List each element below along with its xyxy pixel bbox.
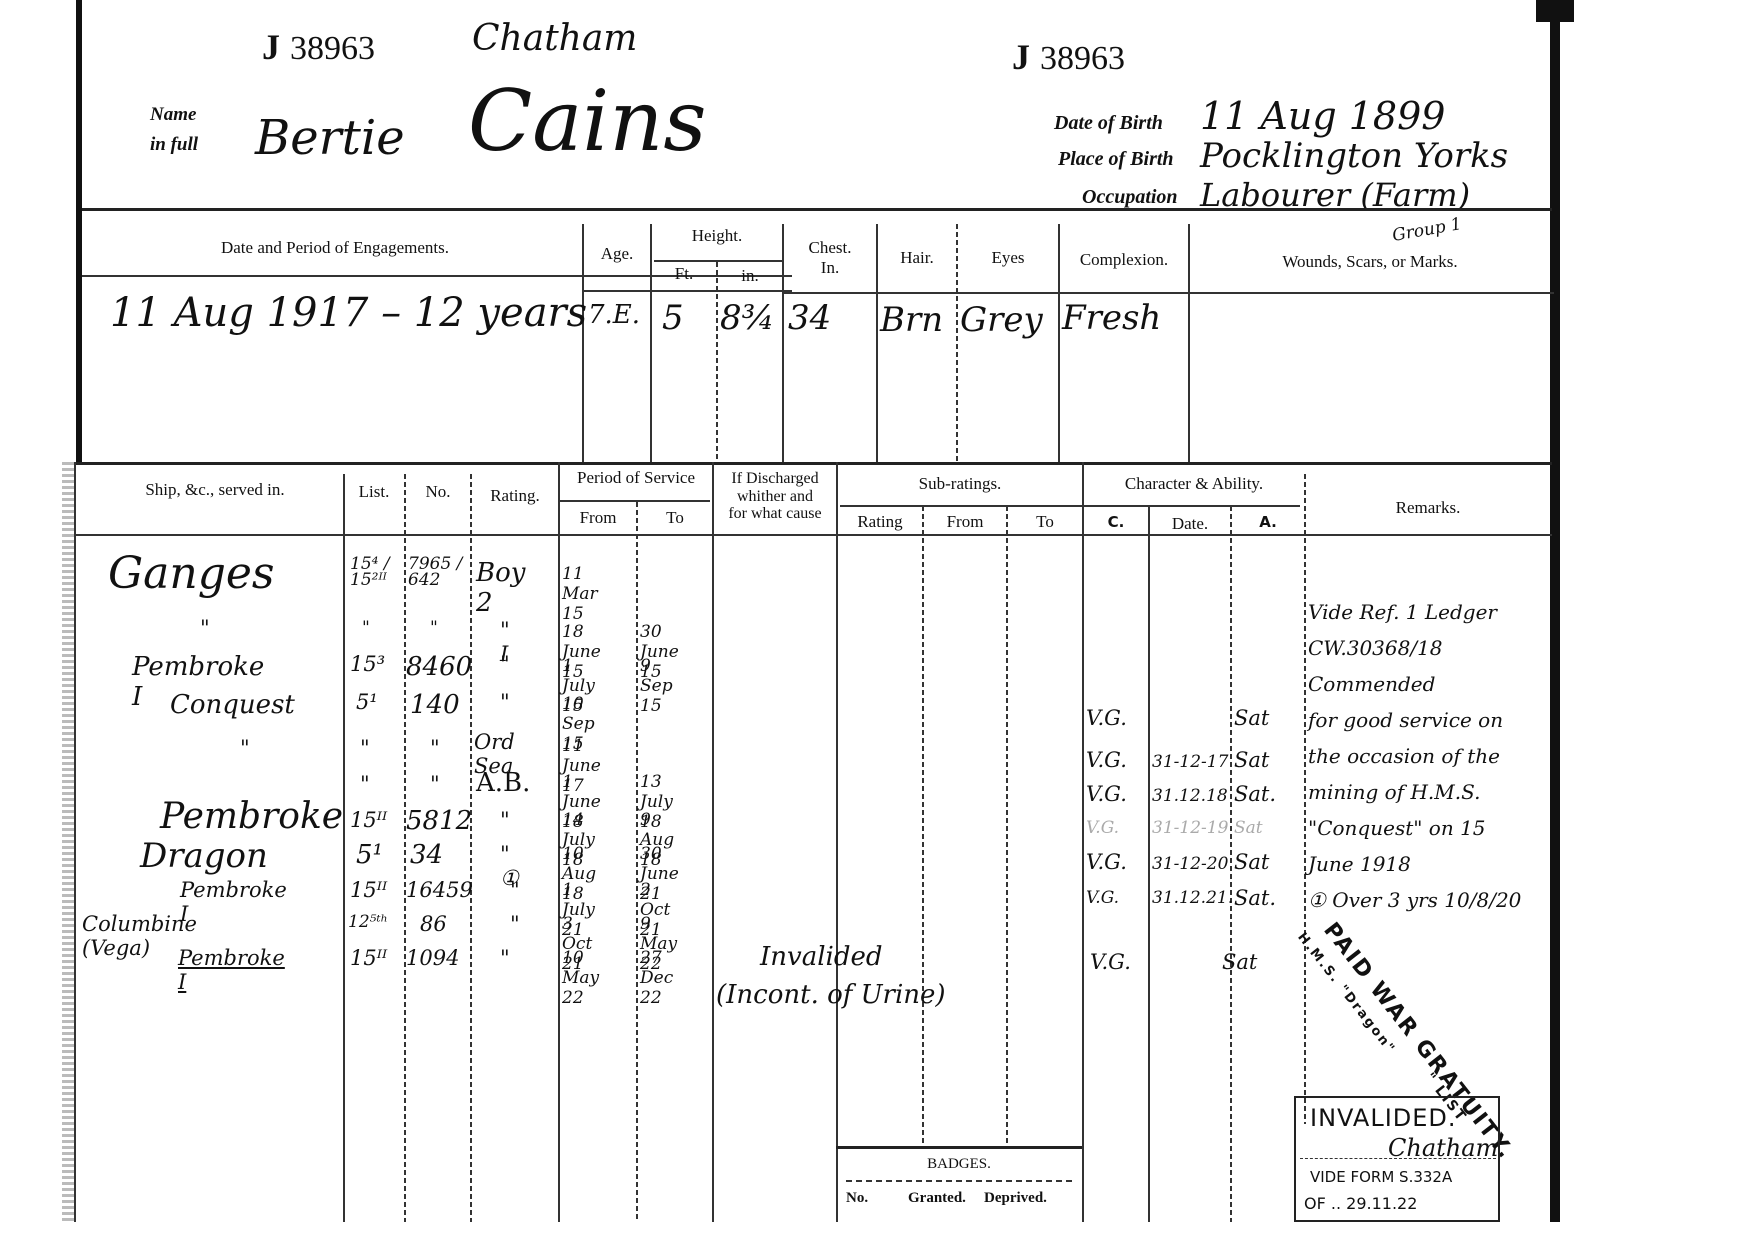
- no-value: 1094: [406, 946, 459, 970]
- header-height-in: in.: [718, 266, 782, 286]
- col-divider-subrating: [836, 462, 838, 1222]
- engagement-value: 11 Aug 1917 – 12 years: [110, 290, 587, 336]
- remarks-text: Vide Ref. 1 Ledger CW.30368/18 Commended…: [1308, 594, 1558, 918]
- ship-name: Conquest: [170, 690, 295, 720]
- character-c: V.G.: [1086, 748, 1127, 772]
- col-divider-list: [343, 474, 345, 1222]
- character-c: V.G.: [1086, 782, 1127, 806]
- character-c: V.G.: [1086, 706, 1127, 730]
- rating-value: ": [500, 652, 510, 676]
- header-engagement: Date and Period of Engagements.: [90, 238, 580, 258]
- invalided-stamp: INVALIDED. Chatham VIDE FORM S.332A OF .…: [1294, 1096, 1500, 1222]
- character-a: Sat: [1234, 818, 1263, 838]
- official-number-left: J38963: [262, 26, 375, 68]
- header-sub-rating: Rating: [838, 512, 922, 532]
- to-value: 9 Sep 15: [640, 656, 673, 716]
- header-discharged-line2: whither and: [714, 488, 836, 506]
- invalided-date: OF .. 29.11.22: [1304, 1194, 1417, 1213]
- no-value: 140: [410, 690, 460, 720]
- number-value: 38963: [1040, 40, 1125, 77]
- occupation-label: Occupation: [1082, 186, 1178, 209]
- col-divider-inches: [716, 262, 718, 462]
- character-date: 31-12-17: [1152, 752, 1228, 772]
- header-sub-from: From: [924, 512, 1006, 532]
- hair-value: Brn: [880, 300, 943, 340]
- badges-col-granted: Granted.: [908, 1190, 966, 1207]
- list-value: 5¹: [356, 690, 378, 714]
- header-chest: Chest. In.: [784, 238, 876, 277]
- stamp-divider: [1300, 1158, 1496, 1159]
- page-left-edge: [76, 0, 82, 462]
- no-value: 16459: [406, 878, 473, 902]
- no-value: 5812: [406, 806, 472, 836]
- ship-name: Dragon: [140, 836, 268, 876]
- remarks-line: ① Over 3 yrs 10/8/20: [1308, 882, 1558, 918]
- rating-value: ": [500, 690, 510, 714]
- engagement-table-top-border: [82, 208, 1552, 211]
- header-discharged: If Discharged whither and for what cause: [714, 470, 836, 523]
- character-c: V.G.: [1086, 818, 1119, 838]
- list-value: 15⁴ / 15²ᴵᴵ: [350, 556, 406, 588]
- name-label: Name in full: [150, 100, 198, 160]
- rating-value: ": [510, 912, 520, 936]
- header-from: From: [560, 508, 636, 528]
- list-value: 15ᴵᴵ: [350, 808, 387, 832]
- badges-title: BADGES.: [836, 1156, 1082, 1173]
- dob-label: Date of Birth: [1054, 112, 1163, 135]
- period-subheader-divider: [560, 500, 710, 502]
- header-to: To: [638, 508, 712, 528]
- header-a: A.: [1232, 514, 1304, 531]
- header-chest-line1: Chest.: [784, 238, 876, 258]
- header-wounds: Wounds, Scars, or Marks.: [1190, 252, 1550, 272]
- ship-name: Pembroke: [160, 796, 343, 837]
- list-value: 5¹: [356, 840, 383, 870]
- header-remarks: Remarks.: [1306, 498, 1550, 518]
- col-divider-to: [636, 502, 638, 1222]
- badges-divider: [846, 1180, 1072, 1182]
- character-date: 31-12-20: [1152, 854, 1228, 874]
- no-value: ": [430, 618, 438, 638]
- list-value: ": [362, 618, 370, 638]
- header-period: Period of Service: [560, 468, 712, 488]
- header-ship: Ship, &c., served in.: [90, 480, 340, 500]
- header-rating: Rating.: [472, 486, 558, 506]
- col-divider-from: [558, 462, 560, 1222]
- col-divider-character: [1082, 462, 1084, 1222]
- rating-value: ": [510, 878, 520, 902]
- no-value: ": [430, 772, 440, 796]
- col-divider-discharged: [712, 462, 714, 1222]
- col-divider-height: [650, 224, 652, 462]
- rating-value: ": [500, 946, 510, 970]
- header-height: Height.: [652, 226, 782, 246]
- header-list: List.: [345, 482, 403, 502]
- age-value: 7.E.: [588, 300, 640, 330]
- col-divider-subfrom: [922, 506, 924, 1146]
- character-date: 31.12.21.: [1152, 888, 1233, 908]
- header-height-ft: Ft.: [652, 264, 716, 284]
- remarks-line: CW.30368/18 Commended: [1308, 630, 1558, 702]
- number-prefix: J: [1012, 37, 1030, 77]
- invalided-form: VIDE FORM S.332A: [1310, 1168, 1452, 1186]
- character-a: Sat: [1222, 950, 1257, 974]
- dob-value: 11 Aug 1899: [1200, 94, 1445, 138]
- page-left-edge-lower: [62, 462, 76, 1222]
- discharge-reason: Invalided: [760, 942, 883, 972]
- character-a: Sat: [1234, 748, 1269, 772]
- pob-label: Place of Birth: [1058, 148, 1174, 171]
- remarks-line: for good service on: [1308, 702, 1558, 738]
- no-value: ": [430, 736, 440, 760]
- pob-value: Pocklington Yorks: [1200, 136, 1508, 176]
- col-divider-rating: [470, 474, 472, 1222]
- from-value: 11 Mar 15: [562, 564, 598, 624]
- header-no: No.: [406, 482, 470, 502]
- character-c: V.G.: [1086, 850, 1127, 874]
- list-value: 15³: [350, 652, 385, 676]
- discharge-cause: (Incont. of Urine): [716, 980, 946, 1010]
- header-date: Date.: [1150, 514, 1230, 534]
- header-discharged-line3: for what cause: [714, 505, 836, 523]
- remarks-line: mining of H.M.S.: [1308, 774, 1558, 810]
- rating-value: ": [500, 808, 510, 832]
- header-hair: Hair.: [878, 248, 956, 268]
- col-divider-remarks: [1304, 474, 1306, 1124]
- official-number-right: J38963: [1012, 36, 1125, 78]
- badges-top-border: [836, 1146, 1082, 1149]
- name-label-line1: Name: [150, 100, 198, 130]
- header-character: Character & Ability.: [1084, 474, 1304, 494]
- no-value: 34: [410, 840, 443, 870]
- list-value: 15ᴵᴵ: [350, 878, 387, 902]
- to-value: 27 Dec 22: [640, 948, 673, 1008]
- list-value: 15ᴵᴵ: [350, 946, 387, 970]
- ship-name: ": [240, 736, 250, 760]
- number-prefix: J: [262, 27, 280, 67]
- remarks-line: the occasion of the: [1308, 738, 1558, 774]
- ship-name: Ganges: [108, 548, 275, 599]
- from-value: 10 May 22: [562, 948, 599, 1008]
- chest-value: 34: [788, 298, 831, 338]
- header-age: Age.: [584, 244, 650, 264]
- no-value: 7965 / 642: [408, 556, 468, 588]
- header-sub-to: To: [1008, 512, 1082, 532]
- badges-col-no: No.: [846, 1190, 868, 1207]
- list-value: ": [360, 736, 370, 760]
- character-a: Sat: [1234, 850, 1269, 874]
- header-chest-line2: In.: [784, 258, 876, 278]
- header-c: C.: [1084, 514, 1148, 531]
- no-value: 86: [420, 912, 447, 936]
- col-divider-date: [1148, 506, 1150, 1222]
- number-value: 38963: [290, 30, 375, 67]
- character-c: V.G.: [1086, 888, 1119, 908]
- ship-name: ": [200, 616, 210, 640]
- engagement-header-divider-mid: [582, 290, 792, 292]
- ship-name: Pembroke I: [178, 946, 285, 994]
- engagement-header-divider-right: [784, 292, 1554, 294]
- service-table-top-border: [76, 462, 1552, 465]
- page-right-tab: [1536, 0, 1574, 22]
- complexion-value: Fresh: [1062, 298, 1161, 338]
- no-value: 8460: [406, 652, 472, 682]
- header-complexion: Complexion.: [1060, 250, 1188, 270]
- name-label-line2: in full: [150, 130, 198, 160]
- character-date: 31.12.18: [1152, 786, 1228, 806]
- remarks-line: Vide Ref. 1 Ledger: [1308, 594, 1558, 630]
- surname: Cains: [468, 72, 706, 170]
- col-divider-ability: [1230, 506, 1232, 1222]
- eyes-value: Grey: [960, 300, 1043, 340]
- rating-value: A.B.: [476, 768, 530, 798]
- header-eyes: Eyes: [958, 248, 1058, 268]
- first-name: Bertie: [255, 110, 405, 166]
- port-division: Chatham: [472, 18, 637, 59]
- list-value: 12⁵ᵗʰ: [348, 912, 388, 932]
- character-date: 31-12-19: [1152, 818, 1228, 838]
- badges-col-deprived: Deprived.: [984, 1190, 1047, 1207]
- rating-value: Boy 2: [476, 558, 525, 618]
- remarks-line: June 1918: [1308, 846, 1558, 882]
- character-a: Sat.: [1234, 886, 1276, 910]
- remarks-line: "Conquest" on 15: [1308, 810, 1558, 846]
- character-a: Sat.: [1234, 782, 1276, 806]
- invalided-title: INVALIDED.: [1310, 1104, 1457, 1132]
- height-ft-value: 5: [662, 298, 684, 338]
- header-subratings: Sub-ratings.: [838, 474, 1082, 494]
- character-c: V.G.: [1090, 950, 1131, 974]
- character-a: Sat: [1234, 706, 1269, 730]
- list-value: ": [360, 772, 370, 796]
- height-in-value: 8¾: [720, 298, 775, 338]
- col-divider-subto: [1006, 506, 1008, 1146]
- height-subheader-divider: [654, 260, 784, 262]
- service-header-divider: [76, 534, 1552, 536]
- header-discharged-line1: If Discharged: [714, 470, 836, 488]
